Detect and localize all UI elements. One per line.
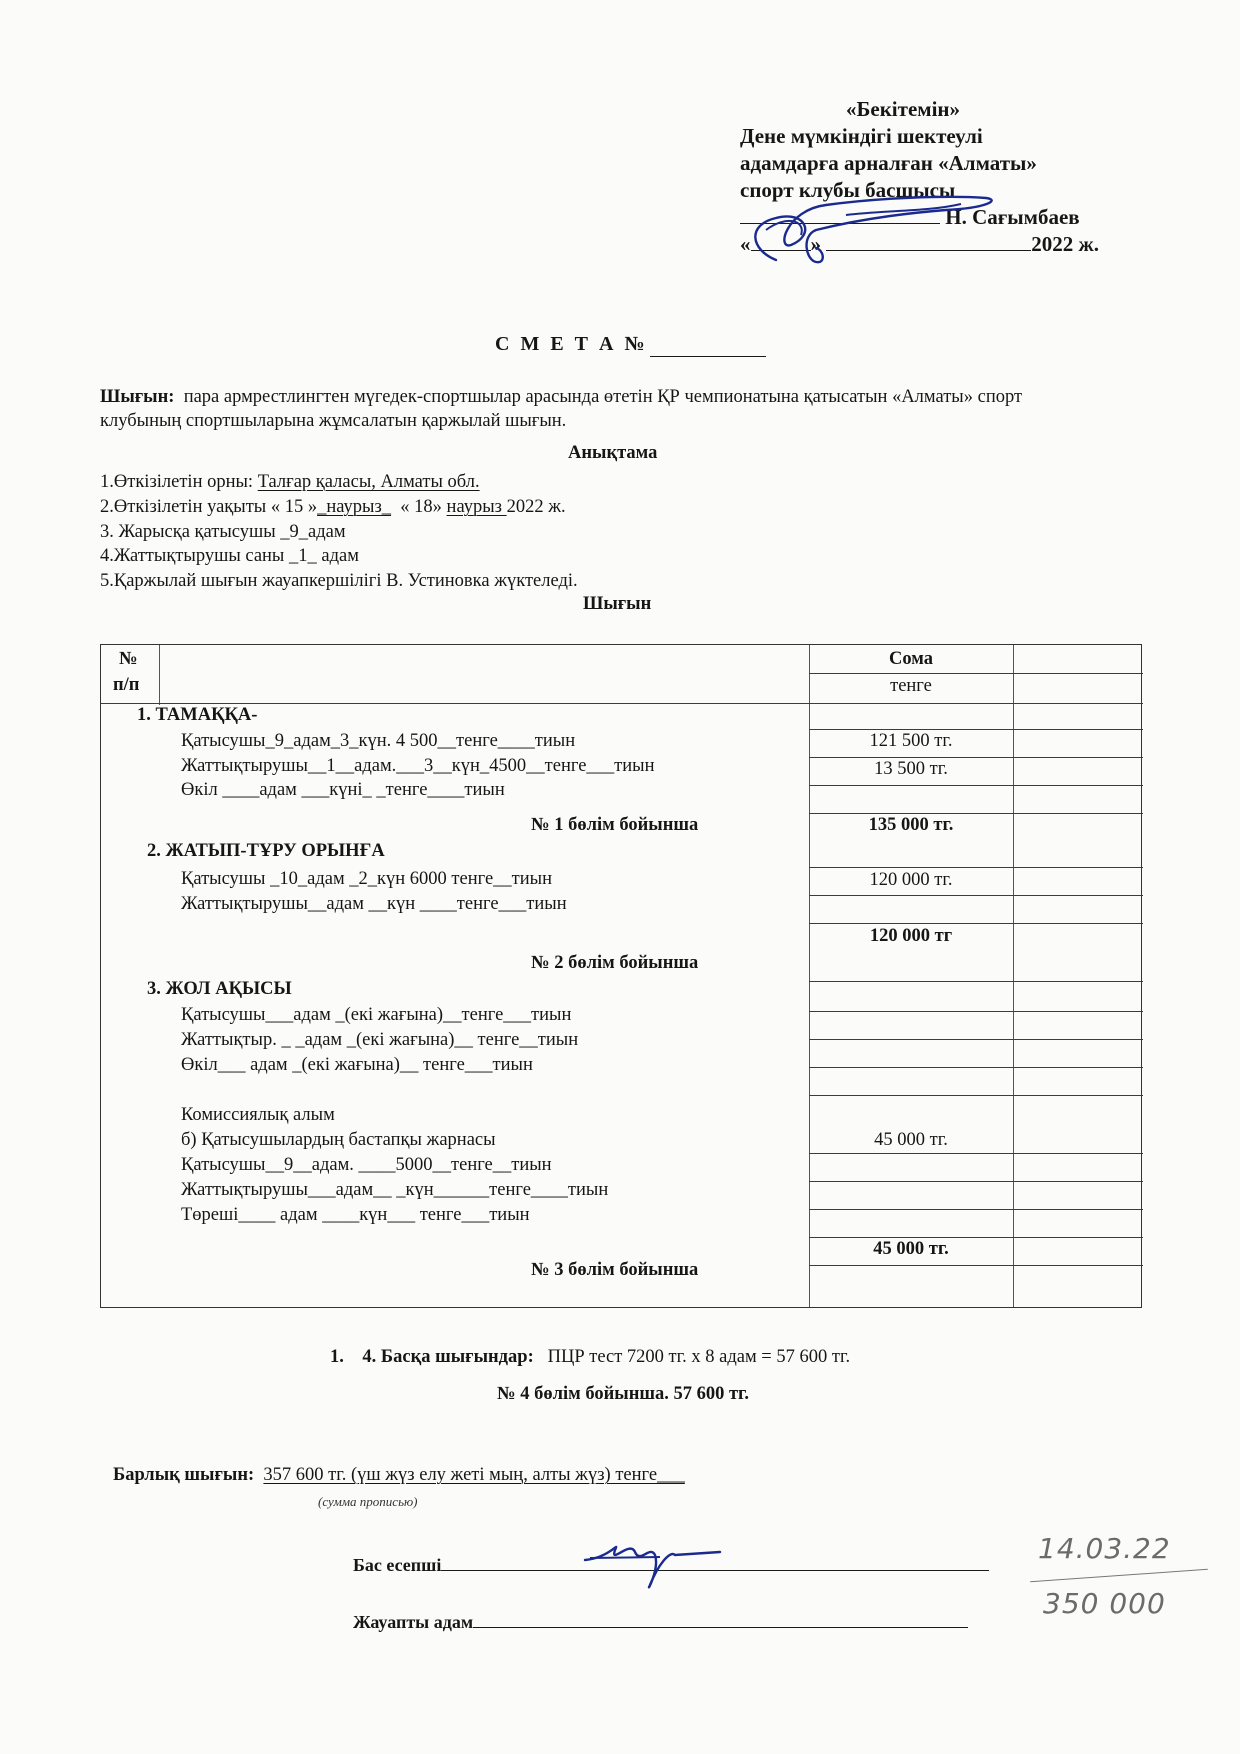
section-title: 1. ТАМАҚҚА- [137, 705, 257, 726]
section-title: 3. ЖОЛ АҚЫСЫ [147, 979, 292, 1000]
details-list: 1.Өткізілетін орны: Талғар қаласы, Алмат… [100, 470, 578, 594]
row-divider [809, 867, 1143, 868]
row-divider [809, 1153, 1143, 1154]
purpose-paragraph: Шығын: пара армрестлингтен мүгедек-спорт… [100, 385, 1100, 433]
other-label: 4. Басқа шығындар: [362, 1347, 533, 1367]
row-divider [809, 1265, 1143, 1266]
amount-cell: 13 500 тг. [809, 759, 1013, 780]
section-4-subtotal: № 4 бөлім бойынша. 57 600 тг. [497, 1384, 749, 1405]
table-row-text: Өкіл___ адам _(екі жағына)__ тенге___тиы… [181, 1055, 533, 1076]
responsible-signature-line [473, 1627, 968, 1628]
expense-heading: Шығын [583, 594, 651, 615]
purpose-text: пара армрестлингтен мүгедек-спортшылар а… [100, 387, 1022, 431]
accountant-signature-icon [580, 1530, 730, 1600]
section-title: 2. ЖАТЫП-ТҰРУ ОРЫНҒА [147, 841, 385, 862]
approval-line-1: Дене мүмкіндігі шектеулі [740, 123, 1140, 150]
document-title: С М Е Т А № [495, 333, 766, 357]
row-divider [809, 1067, 1143, 1068]
section-subtotal-label: № 3 бөлім бойынша [531, 1260, 698, 1281]
other-text: ПЦР тест 7200 тг. х 8 адам = 57 600 тг. [548, 1347, 850, 1367]
row-divider [809, 1237, 1143, 1238]
row-divider [809, 757, 1143, 758]
total-value: 357 600 тг. (үш жүз елу жеті мың, алты ж… [263, 1465, 684, 1485]
handwritten-amount: 350 000 [1043, 1587, 1166, 1620]
row-divider [809, 1011, 1143, 1012]
row-divider [101, 703, 1143, 704]
responsible-signature-row: Жауапты адам [353, 1612, 968, 1633]
responsible-label: Жауапты адам [353, 1612, 473, 1632]
table-row-text: Қатысушы___адам _(екі жағына)__тенге___т… [181, 1005, 571, 1026]
detail-participants: 3. Жарысқа қатысушы _9_адам [100, 520, 578, 545]
handwritten-date: 14.03.22 [1038, 1532, 1171, 1565]
expense-table: №п/пСоматенге1. ТАМАҚҚА-Қатысушы_9_адам_… [100, 644, 1142, 1308]
header-no-sub: п/п [113, 675, 139, 696]
row-divider [809, 673, 1143, 674]
detail-text: 2022 ж. [507, 497, 566, 517]
table-row-text: Қатысушы_9_адам_3_күн. 4 500__тенге____т… [181, 731, 575, 752]
estimate-number-blank [650, 333, 766, 357]
section-subtotal-label: № 1 бөлім бойынша [531, 815, 698, 836]
approval-line-2: адамдарға арналған «Алматы» [740, 150, 1140, 177]
row-divider [809, 1095, 1143, 1096]
approval-heading: «Бекітемін» [740, 96, 1140, 123]
row-divider [809, 1181, 1143, 1182]
row-divider [809, 813, 1143, 814]
amount-cell: 45 000 тг. [809, 1239, 1013, 1260]
table-row-text: Қатысушы _10_адам _2_күн 6000 тенге__тиы… [181, 869, 552, 890]
detail-label: 4.Жаттықтырушы саны [100, 546, 289, 566]
purpose-label: Шығын: [100, 387, 174, 407]
table-row-text: Жаттықтырушы__1__адам.___3__күн_4500__те… [181, 756, 655, 777]
row-divider [809, 981, 1143, 982]
detail-label: 3. Жарысқа қатысушы [100, 522, 280, 542]
row-divider [809, 1039, 1143, 1040]
col-divider [159, 645, 160, 705]
table-row-text: Комиссиялық алым [181, 1105, 335, 1126]
amount-cell: 120 000 тг. [809, 870, 1013, 891]
detail-coaches: 4.Жаттықтырушы саны _1_ адам [100, 544, 578, 569]
approval-year: 2022 ж. [1031, 232, 1099, 256]
detail-value: _9_ [280, 522, 308, 542]
table-row-text: Жаттықтырушы__адам __күн ____тенге___тиы… [181, 894, 567, 915]
detail-text: адам [308, 522, 346, 542]
header-no: № [119, 649, 138, 670]
total-note: (сумма прописью) [318, 1494, 417, 1510]
detail-responsible: 5.Қаржылай шығын жауапкершілігі В. Устин… [100, 569, 578, 594]
row-divider [809, 729, 1143, 730]
director-signature-icon [746, 190, 1006, 268]
total-row: Барлық шығын: 357 600 тг. (үш жүз елу же… [113, 1465, 685, 1486]
amount-cell: 45 000 тг. [809, 1130, 1013, 1151]
detail-value: _наурыз_ [317, 497, 391, 517]
detail-venue: 1.Өткізілетін орны: Талғар қаласы, Алмат… [100, 470, 578, 495]
row-divider [809, 923, 1143, 924]
table-row-text: Жаттықтыр. _ _адам _(екі жағына)__ тенге… [181, 1030, 578, 1051]
row-divider [809, 895, 1143, 896]
detail-dates: 2.Өткізілетін уақыты « 15 »_наурыз_ « 18… [100, 495, 578, 520]
table-row-text: Жаттықтырушы___адам__ _күн______тенге___… [181, 1180, 608, 1201]
detail-label: 1.Өткізілетін орны: [100, 472, 258, 492]
other-number: 1. [330, 1347, 344, 1367]
total-label: Барлық шығын: [113, 1465, 254, 1485]
col-divider [1013, 645, 1014, 1307]
table-row-text: Өкіл ____адам ___күні_ _тенге____тиын [181, 780, 505, 801]
other-expenses: 1. 4. Басқа шығындар: ПЦР тест 7200 тг. … [330, 1347, 850, 1368]
row-divider [809, 785, 1143, 786]
detail-value: Талғар қаласы, Алматы обл. [258, 472, 480, 492]
amount-cell: 120 000 тг [809, 926, 1013, 947]
detail-text: адам [317, 546, 359, 566]
section-subtotal-label: № 2 бөлім бойынша [531, 953, 698, 974]
amount-cell: 135 000 тг. [809, 815, 1013, 836]
accountant-label: Бас есепші [353, 1555, 441, 1575]
row-divider [809, 1209, 1143, 1210]
header-sum: Сома [809, 649, 1013, 670]
table-row-text: б) Қатысушылардың бастапқы жарнасы [181, 1130, 496, 1151]
detail-text: « 18» [391, 497, 447, 517]
detail-value: _1_ [289, 546, 317, 566]
header-currency: тенге [809, 676, 1013, 697]
table-row-text: Төреші____ адам ____күн___ тенге___тиын [181, 1205, 530, 1226]
detail-label: 2.Өткізілетін уақыты « 15 » [100, 497, 317, 517]
info-heading: Анықтама [568, 443, 657, 464]
title-text: С М Е Т А № [495, 333, 648, 355]
handwritten-divider [1030, 1569, 1208, 1582]
detail-label: 5.Қаржылай шығын жауапкершілігі В. Устин… [100, 571, 578, 591]
detail-value: наурыз [447, 497, 507, 517]
amount-cell: 121 500 тг. [809, 731, 1013, 752]
table-row-text: Қатысушы__9__адам. ____5000__тенге__тиын [181, 1155, 552, 1176]
